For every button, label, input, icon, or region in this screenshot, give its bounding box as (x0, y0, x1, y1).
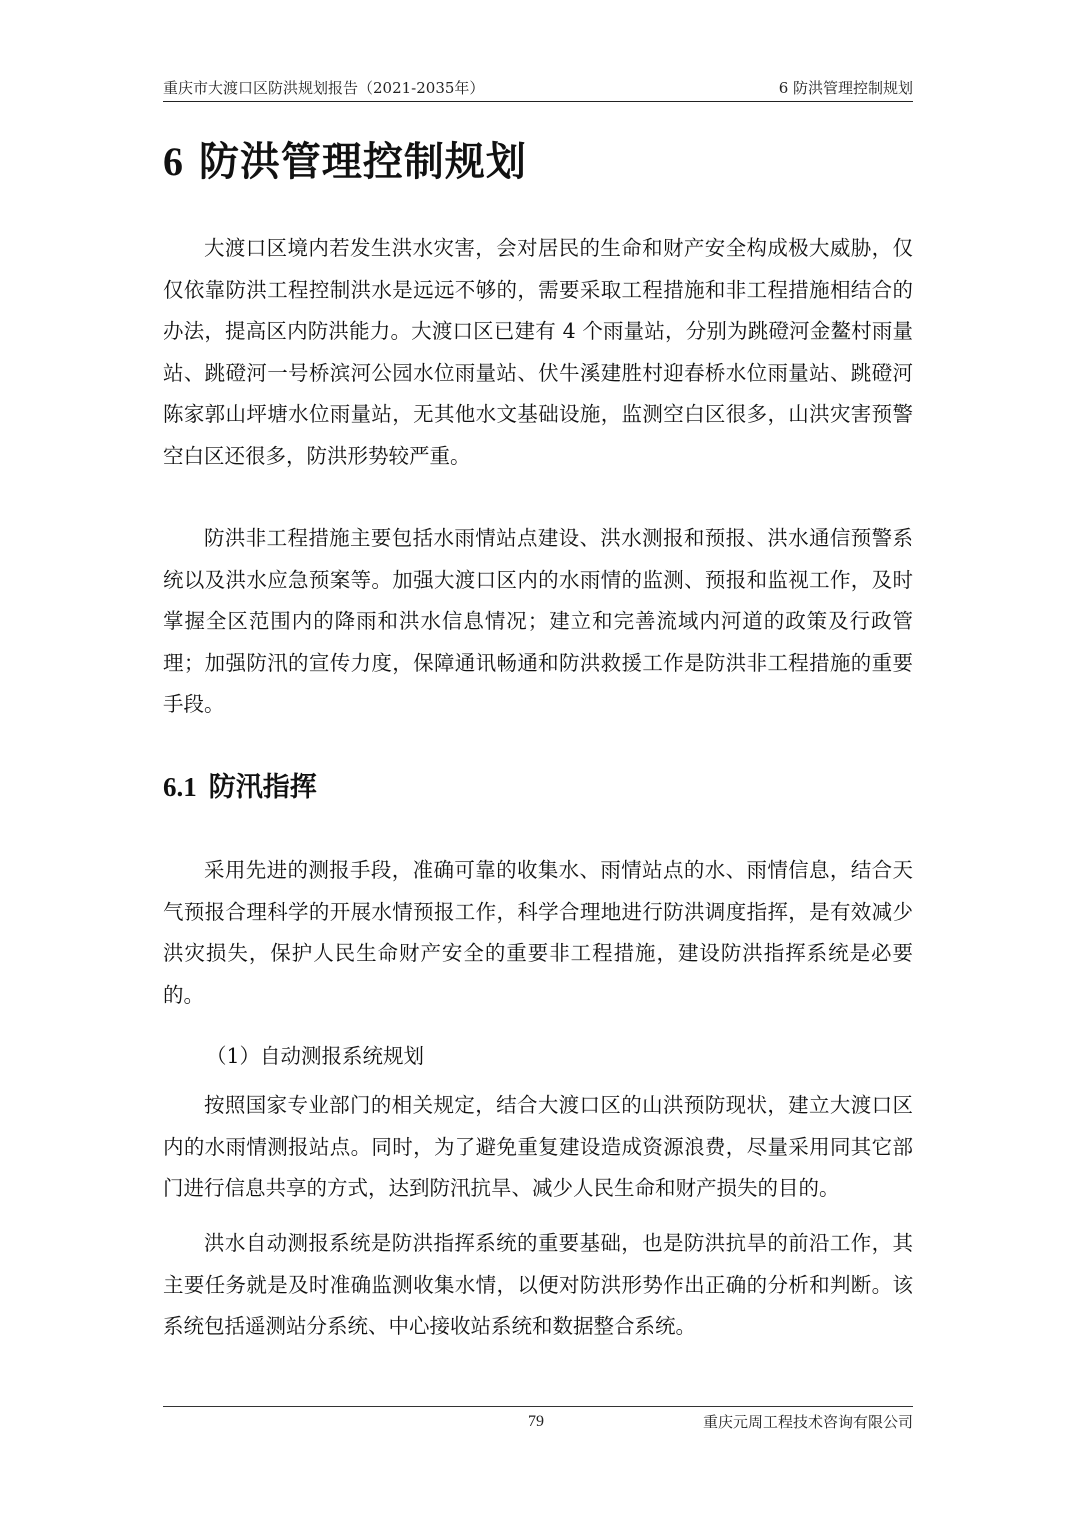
subsection-heading: （1）自动测报系统规划 (206, 1036, 424, 1076)
section-title-text: 防汛指挥 (209, 772, 317, 803)
page-number: 79 (528, 1410, 544, 1434)
section-number: 6.1 (163, 772, 197, 802)
chapter-title: 6 防洪管理控制规划 (163, 135, 527, 189)
section-paragraph-3: 洪水自动测报系统是防洪指挥系统的重要基础，也是防洪抗旱的前沿工作，其主要任务就是… (163, 1223, 913, 1348)
page-header: 重庆市大渡口区防洪规划报告（2021-2035年） 6 防洪管理控制规划 (163, 76, 913, 100)
section-paragraph-2: 按照国家专业部门的相关规定，结合大渡口区的山洪预防现状，建立大渡口区内的水雨情测… (163, 1085, 913, 1210)
section-paragraph-1: 采用先进的测报手段，准确可靠的收集水、雨情站点的水、雨情信息，结合天气预报合理科… (163, 850, 913, 1016)
section-title: 6.1防汛指挥 (163, 765, 317, 810)
body-paragraph-1: 大渡口区境内若发生洪水灾害，会对居民的生命和财产安全构成极大威胁，仅仅依靠防洪工… (163, 228, 913, 477)
header-chapter-title: 6 防洪管理控制规划 (779, 76, 913, 100)
header-report-title: 重庆市大渡口区防洪规划报告（2021-2035年） (163, 76, 484, 100)
footer-divider (163, 1406, 913, 1407)
chapter-number: 6 (163, 139, 184, 184)
header-divider (163, 101, 913, 102)
footer-company: 重庆元周工程技术咨询有限公司 (703, 1410, 913, 1434)
chapter-title-text: 防洪管理控制规划 (199, 139, 527, 185)
body-paragraph-2: 防洪非工程措施主要包括水雨情站点建设、洪水测报和预报、洪水通信预警系统以及洪水应… (163, 518, 913, 726)
page-footer: 79 重庆元周工程技术咨询有限公司 (163, 1410, 913, 1434)
